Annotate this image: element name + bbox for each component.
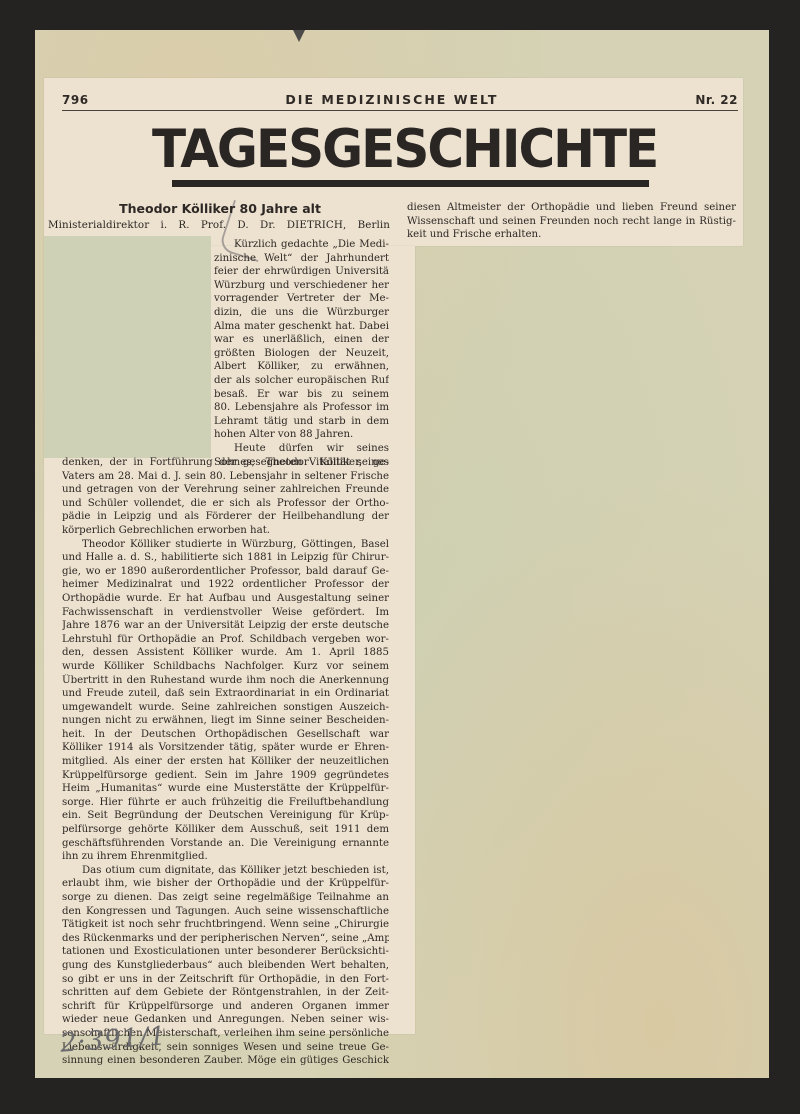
text-line: den, dessen Assistent Kölliker wurde. Am… [62,646,389,660]
text-line: Heim „Humanitas“ wurde eine Musterstätte… [62,782,389,796]
text-line: Vaters am 28. Mai d. J. sein 80. Lebensj… [62,470,389,484]
text-line: sorge zu dienen. Das zeigt seine regelmä… [62,891,389,905]
section-title-underline [172,180,649,187]
right-column: diesen Altmeister der Orthopädie und lie… [407,201,736,242]
text-line: denken, der in Fortführung der gesegnete… [62,456,389,470]
pin-mark-icon [293,30,305,42]
text-line: den Kongressen und Tagungen. Auch seine … [62,905,389,919]
text-line: Würzburg und verschiedener her [214,279,389,293]
text-line: wurde Kölliker Schildbachs Nachfolger. K… [62,660,389,674]
text-line: Das otium cum dignitate, das Kölliker je… [62,864,389,878]
text-line: pelfürsorge gehörte Kölliker dem Ausschu… [62,823,389,837]
text-line: sorge. Hier führte er auch frühzeitig di… [62,796,389,810]
text-line: hohen Alter von 88 Jahren. [214,428,389,442]
text-line: ihn zu ihrem Ehrenmitglied. [62,850,389,864]
text-line: Orthopädie wurde. Er hat Aufbau und Ausg… [62,592,389,606]
text-line: Kürzlich gedachte „Die Medi- [214,238,389,252]
text-line: Kölliker 1914 als Vorsitzender tätig, sp… [62,741,389,755]
text-line: besaß. Er war bis zu seinem [214,388,389,402]
text-line: geschäftsführenden Vorstande an. Die Ver… [62,837,389,851]
text-line: Albert Kölliker, zu erwähnen, [214,360,389,374]
mount-gap [44,236,211,458]
running-head: 796 DIE MEDIZINISCHE WELT Nr. 22 [62,92,738,107]
text-line: war es unerläßlich, einen der [214,333,389,347]
text-line: pädie in Leipzig und als Förderer der He… [62,510,389,524]
text-line: Alma mater geschenkt hat. Dabei [214,320,389,334]
text-line: feier der ehrwürdigen Universitä [214,265,389,279]
article-byline: Ministerialdirektor i. R. Prof. D. Dr. D… [48,219,390,231]
text-line: 80. Lebensjahre als Professor im [214,401,389,415]
issue-number: Nr. 22 [695,93,738,107]
text-line: dizin, die uns die Würzburger [214,306,389,320]
section-title: TAGESGESCHICHTE [152,124,652,174]
text-line: und Schüler vollendet, die er sich als P… [62,497,389,511]
text-line: keit und Frische erhalten. [407,228,736,242]
text-line: Heute dürfen wir seines [214,442,389,456]
text-line: schrift für Krüppelfürsorge und anderen … [62,1000,389,1014]
text-line: Übertritt in den Ruhestand wurde ihm noc… [62,674,389,688]
narrow-column: Kürzlich gedachte „Die Medi- zinische We… [214,238,389,469]
article-heading: Theodor Kölliker 80 Jahre alt [70,201,370,216]
text-line: ein. Seit Begründung der Deutschen Verei… [62,809,389,823]
text-line: umgewandelt wurde. Seine zahlreichen son… [62,701,389,715]
text-line: größten Biologen der Neuzeit, [214,347,389,361]
header-rule [62,110,738,111]
text-line: Theodor Kölliker studierte in Würzburg, … [62,538,389,552]
text-line: der als solcher europäischen Ruf [214,374,389,388]
text-line: und getragen von der Verehrung seiner za… [62,483,389,497]
text-line: erlaubt ihm, wie bisher der Orthopädie u… [62,877,389,891]
journal-title: DIE MEDIZINISCHE WELT [285,92,498,107]
text-line: schritten auf dem Gebiete der Röntgenstr… [62,986,389,1000]
text-line: und Halle a. d. S., habilitierte sich 18… [62,551,389,565]
text-line: vorragender Vertreter der Me- [214,292,389,306]
text-line: Lehramt tätig und starb in dem [214,415,389,429]
text-line: nungen nicht zu erwähnen, liegt im Sinne… [62,714,389,728]
text-line: des Rückenmarks und der peripherischen N… [62,932,389,946]
text-line: sinnung einen besonderen Zauber. Möge ei… [62,1054,389,1068]
text-line: gie, wo er 1890 außerordentlicher Profes… [62,565,389,579]
text-line: Lehrstuhl für Orthopädie an Prof. Schild… [62,633,389,647]
text-line: diesen Altmeister der Orthopädie und lie… [407,201,736,215]
text-line: tationen und Exosticulationen unter beso… [62,945,389,959]
text-line: und Freude zuteil, daß sein Extraordinar… [62,687,389,701]
text-line: gung des Kunstgliederbaus“ auch bleibend… [62,959,389,973]
text-line: so gibt er uns in der Zeitschrift für Or… [62,973,389,987]
text-line: körperlich Gebrechlichen erworben hat. [62,524,389,538]
text-line: zinische Welt“ der Jahrhundert [214,252,389,266]
text-line: Krüppelfürsorge gedient. Sein im Jahre 1… [62,769,389,783]
text-line: mitglied. Als einer der ersten hat Kölli… [62,755,389,769]
page-number: 796 [62,93,89,107]
text-line: heimer Medizinalrat und 1922 ordentliche… [62,578,389,592]
text-line: heit. In der Deutschen Orthopädischen Ge… [62,728,389,742]
text-line: Wissenschaft und seinen Freunden noch re… [407,215,736,229]
text-line: Fachwissenschaft in verdienstvoller Weis… [62,606,389,620]
text-line: Tätigkeit ist noch sehr fruchtbringend. … [62,918,389,932]
text-line: Jahre 1876 war an der Universität Leipzi… [62,619,389,633]
wide-column: denken, der in Fortführung der gesegnete… [62,456,389,1068]
